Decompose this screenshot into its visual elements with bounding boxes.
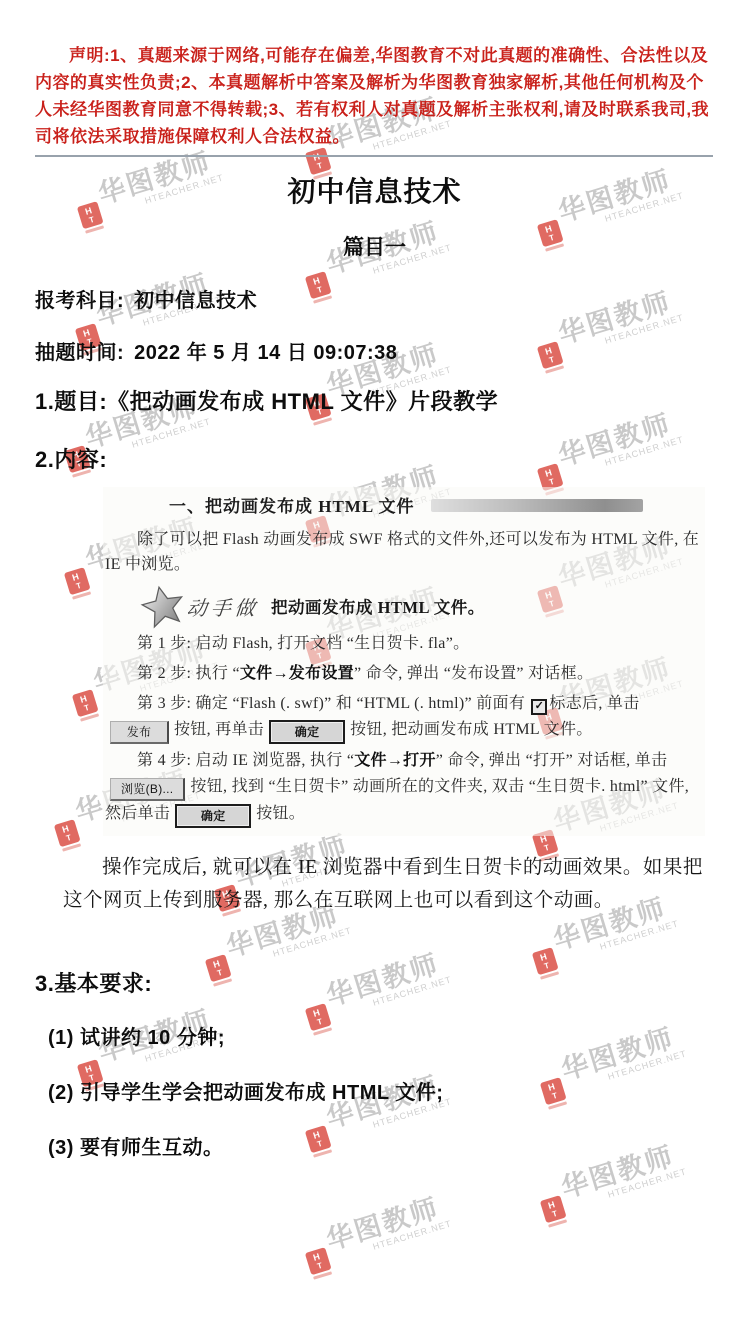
closing-paragraph: 操作完成后, 就可以在 IE 浏览器中看到生日贺卡的动画效果。如果把这个网页上传… bbox=[63, 851, 715, 917]
requirement-item: (2) 引导学生学会把动画发布成 HTML 文件; bbox=[48, 1078, 714, 1108]
watermark-url-text: HTEACHER.NET bbox=[607, 1167, 688, 1200]
huatu-logo-square: HT bbox=[305, 1247, 332, 1275]
disclaimer-label: 声明: bbox=[69, 46, 110, 65]
scan-button-image: 浏览(B)... bbox=[110, 778, 185, 801]
huatu-watermark: HT华图教师HTEACHER.NET bbox=[300, 1192, 456, 1280]
step-text: 按钮。 bbox=[256, 805, 305, 822]
logo-caption-decoration bbox=[313, 1271, 332, 1279]
scan-step: 第 3 步: 确定 “Flash (. swf)” 和 “HTML (. htm… bbox=[105, 691, 701, 744]
document-content: 声明:1、真题来源于网络,可能存在偏差,华图教育不对此真题的准确性、合法性以及内… bbox=[0, 0, 748, 1163]
step-text: 第 4 步: 启动 IE 浏览器, 执行 “ bbox=[137, 752, 354, 769]
disclaimer: 声明:1、真题来源于网络,可能存在偏差,华图教育不对此真题的准确性、合法性以及内… bbox=[35, 42, 713, 157]
huatu-logo-icon: HT bbox=[540, 1195, 568, 1228]
textbook-scan: 一、把动画发布成 HTML 文件 除了可以把 Flash 动画发布成 SWF 格… bbox=[103, 487, 705, 836]
huatu-logo-square: HT bbox=[540, 1195, 567, 1223]
scan-button-image: 发布 bbox=[110, 721, 169, 744]
step-text: 第 1 步: 启动 Flash, 打开文档 “生日贺卡. fla”。 bbox=[137, 635, 469, 652]
requirement-item: (1) 试讲约 10 分钟; bbox=[48, 1023, 714, 1053]
step-text: 第 2 步: 执行 “ bbox=[137, 665, 240, 682]
logo-letter-bottom: T bbox=[316, 1261, 323, 1270]
checkbox-checked-icon: ✓ bbox=[531, 699, 547, 715]
scan-diy-row: 动手做 把动画发布成 HTML 文件。 bbox=[141, 585, 701, 627]
huatu-logo-icon: HT bbox=[305, 1247, 333, 1280]
subject-label: 报考科目: bbox=[35, 290, 124, 312]
scan-step: 第 1 步: 启动 Flash, 打开文档 “生日贺卡. fla”。 bbox=[105, 631, 701, 657]
diy-label: 动手做 bbox=[185, 592, 260, 621]
scan-header-title: 一、把动画发布成 HTML 文件 bbox=[169, 492, 415, 517]
watermark-textblock: 华图教师HTEACHER.NET bbox=[323, 1192, 452, 1264]
watermark-brand-text: 华图教师 bbox=[323, 1192, 449, 1254]
time-label: 抽题时间: bbox=[35, 342, 124, 364]
time-value: 2022 年 5 月 14 日 09:07:38 bbox=[134, 342, 397, 364]
scan-header-row: 一、把动画发布成 HTML 文件 bbox=[105, 492, 701, 517]
scan-button-image: 确定 bbox=[269, 720, 345, 744]
scan-steps: 第 1 步: 启动 Flash, 打开文档 “生日贺卡. fla”。第 2 步:… bbox=[105, 631, 701, 828]
logo-letter-top: H bbox=[312, 1251, 322, 1262]
requirements-heading: 3.基本要求: bbox=[35, 967, 714, 998]
logo-letter-bottom: T bbox=[551, 1209, 558, 1218]
question-heading: 1.题目:《把动画发布成 HTML 文件》片段教学 bbox=[35, 385, 714, 416]
step-text: ” 命令, 弹出 “发布设置” 对话框。 bbox=[354, 665, 593, 682]
step-text: 标志后, 单击 bbox=[549, 695, 639, 712]
disclaimer-text: 1、真题来源于网络,可能存在偏差,华图教育不对此真题的准确性、合法性以及内容的真… bbox=[35, 46, 709, 146]
star-icon bbox=[137, 581, 189, 631]
watermark-url-text: HTEACHER.NET bbox=[372, 1219, 453, 1252]
diy-title: 把动画发布成 HTML 文件。 bbox=[271, 594, 485, 618]
step-text: ” 命令, 弹出 “打开” 对话框, 单击 bbox=[436, 752, 668, 769]
requirements-list: (1) 试讲约 10 分钟;(2) 引导学生学会把动画发布成 HTML 文件;(… bbox=[35, 1023, 714, 1163]
scan-step: 第 4 步: 启动 IE 浏览器, 执行 “文件→打开” 命令, 弹出 “打开”… bbox=[105, 748, 701, 828]
step-bold-text: 文件→打开 bbox=[354, 752, 436, 769]
subject-value: 初中信息技术 bbox=[134, 290, 257, 312]
requirement-item: (3) 要有师生互动。 bbox=[48, 1133, 714, 1163]
scan-header-bar-decoration bbox=[431, 499, 643, 512]
scan-button-image: 确定 bbox=[175, 804, 251, 828]
document-page: HT华图教师HTEACHER.NETHT华图教师HTEACHER.NETHT华图… bbox=[0, 0, 748, 1335]
logo-caption-decoration bbox=[548, 1219, 567, 1227]
step-text: 按钮, 再单击 bbox=[174, 721, 264, 738]
page-title: 初中信息技术 bbox=[35, 170, 714, 210]
time-line: 抽题时间:2022 年 5 月 14 日 09:07:38 bbox=[35, 336, 714, 365]
page-subtitle: 篇目一 bbox=[35, 231, 714, 261]
logo-letter-top: H bbox=[547, 1199, 557, 1210]
scan-intro: 除了可以把 Flash 动画发布成 SWF 格式的文件外,还可以发布为 HTML… bbox=[105, 527, 701, 577]
scan-step: 第 2 步: 执行 “文件→发布设置” 命令, 弹出 “发布设置” 对话框。 bbox=[105, 661, 701, 687]
content-heading: 2.内容: bbox=[35, 443, 714, 474]
step-text: 第 3 步: 确定 “Flash (. swf)” 和 “HTML (. htm… bbox=[137, 695, 529, 712]
step-text: 按钮, 把动画发布成 HTML 文件。 bbox=[350, 721, 592, 738]
subject-line: 报考科目:初中信息技术 bbox=[35, 284, 714, 313]
step-bold-text: 文件→发布设置 bbox=[240, 665, 354, 682]
